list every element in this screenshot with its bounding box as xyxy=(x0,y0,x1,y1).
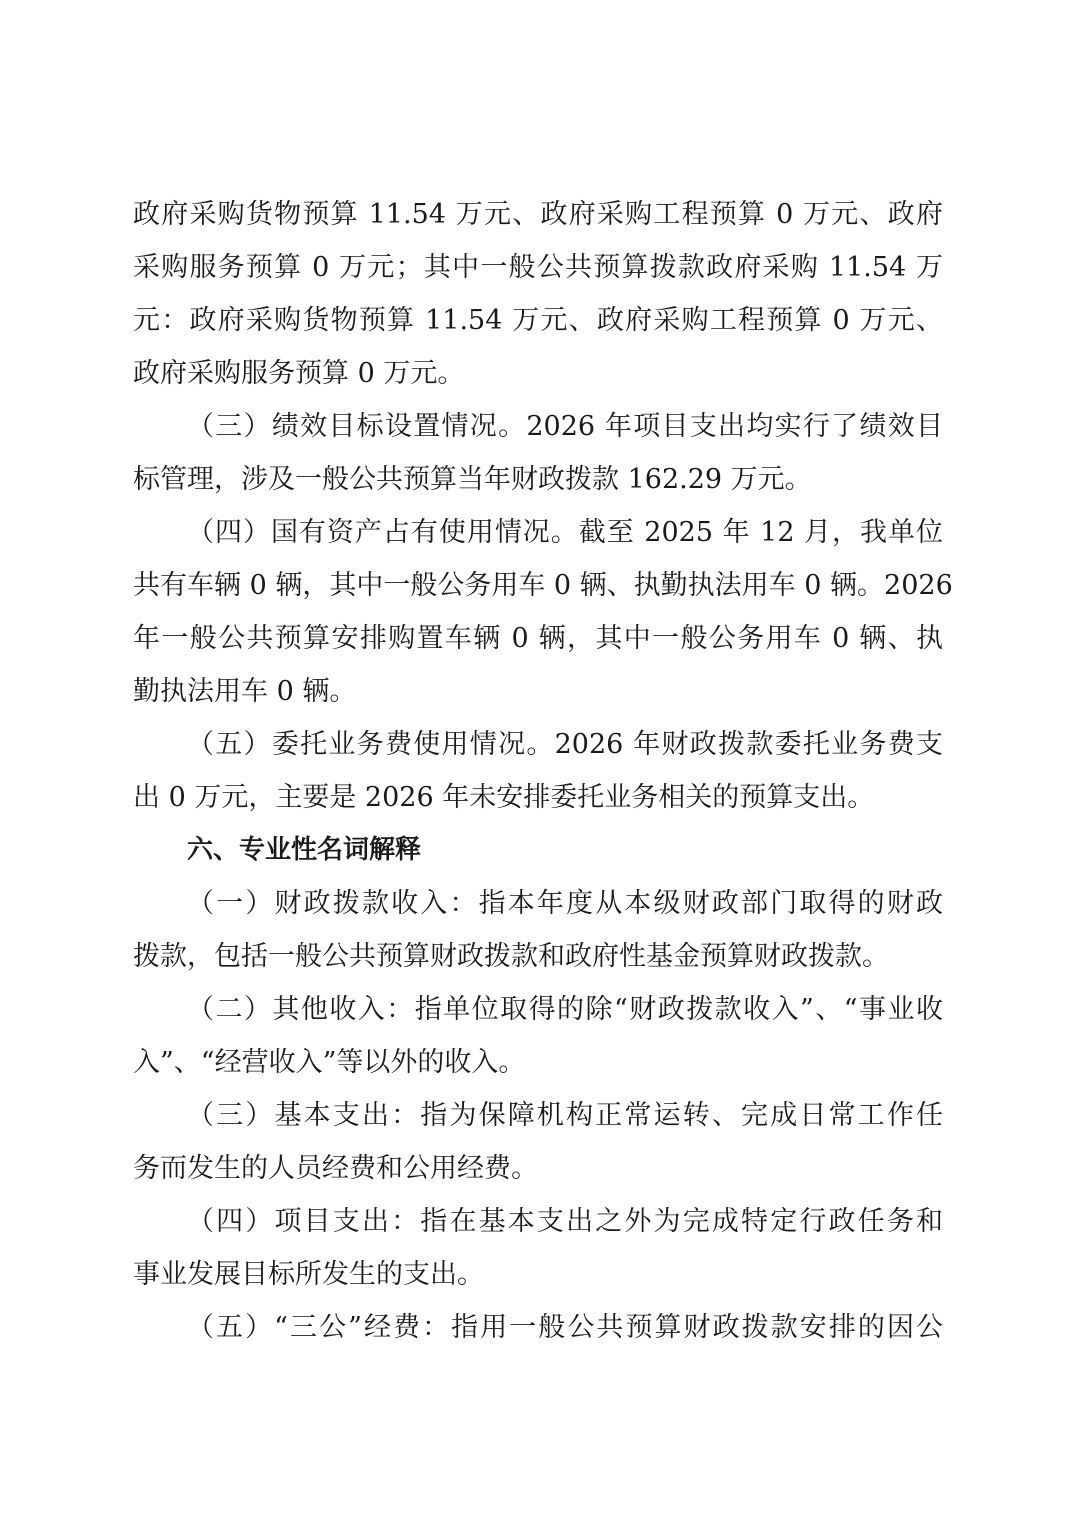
definition-basic-expenditure: （三）基本支出：指为保障机构正常运转、完成日常工作任 xyxy=(133,1089,943,1142)
text-line: 采购服务预算 0 万元；其中一般公共预算拨款政府采购 11.54 万 xyxy=(133,241,943,294)
text-line: 政府采购服务预算 0 万元。 xyxy=(133,347,943,400)
text-line: 事业发展目标所发生的支出。 xyxy=(133,1248,943,1301)
definition-fiscal-appropriation-income: （一）财政拨款收入：指本年度从本级财政部门取得的财政 xyxy=(133,877,943,930)
text-line: 元：政府采购货物预算 11.54 万元、政府采购工程预算 0 万元、 xyxy=(133,294,943,347)
paragraph-performance-goals: （三）绩效目标设置情况。2026 年项目支出均实行了绩效目 xyxy=(133,400,943,453)
definition-other-income: （二）其他收入：指单位取得的除“财政拨款收入”、“事业收 xyxy=(133,983,943,1036)
section-heading: 六、专业性名词解释 xyxy=(133,824,943,877)
document-page: 政府采购货物预算 11.54 万元、政府采购工程预算 0 万元、政府 采购服务预… xyxy=(133,188,943,1354)
text-line: 勤执法用车 0 辆。 xyxy=(133,665,943,718)
text-line: 政府采购货物预算 11.54 万元、政府采购工程预算 0 万元、政府 xyxy=(133,188,943,241)
text-line: 共有车辆 0 辆，其中一般公务用车 0 辆、执勤执法用车 0 辆。2026 xyxy=(133,559,943,612)
paragraph-state-assets: （四）国有资产占有使用情况。截至 2025 年 12 月，我单位 xyxy=(133,506,943,559)
text-line: 出 0 万元，主要是 2026 年未安排委托业务相关的预算支出。 xyxy=(133,771,943,824)
text-line: 标管理，涉及一般公共预算当年财政拨款 162.29 万元。 xyxy=(133,453,943,506)
paragraph-commission-fees: （五）委托业务费使用情况。2026 年财政拨款委托业务费支 xyxy=(133,718,943,771)
definition-three-public-expenses: （五）“三公”经费：指用一般公共预算财政拨款安排的因公 xyxy=(133,1301,943,1354)
definition-project-expenditure: （四）项目支出：指在基本支出之外为完成特定行政任务和 xyxy=(133,1195,943,1248)
text-line: 务而发生的人员经费和公用经费。 xyxy=(133,1142,943,1195)
text-line: 拨款，包括一般公共预算财政拨款和政府性基金预算财政拨款。 xyxy=(133,930,943,983)
text-line: 入”、“经营收入”等以外的收入。 xyxy=(133,1036,943,1089)
text-line: 年一般公共预算安排购置车辆 0 辆，其中一般公务用车 0 辆、执 xyxy=(133,612,943,665)
